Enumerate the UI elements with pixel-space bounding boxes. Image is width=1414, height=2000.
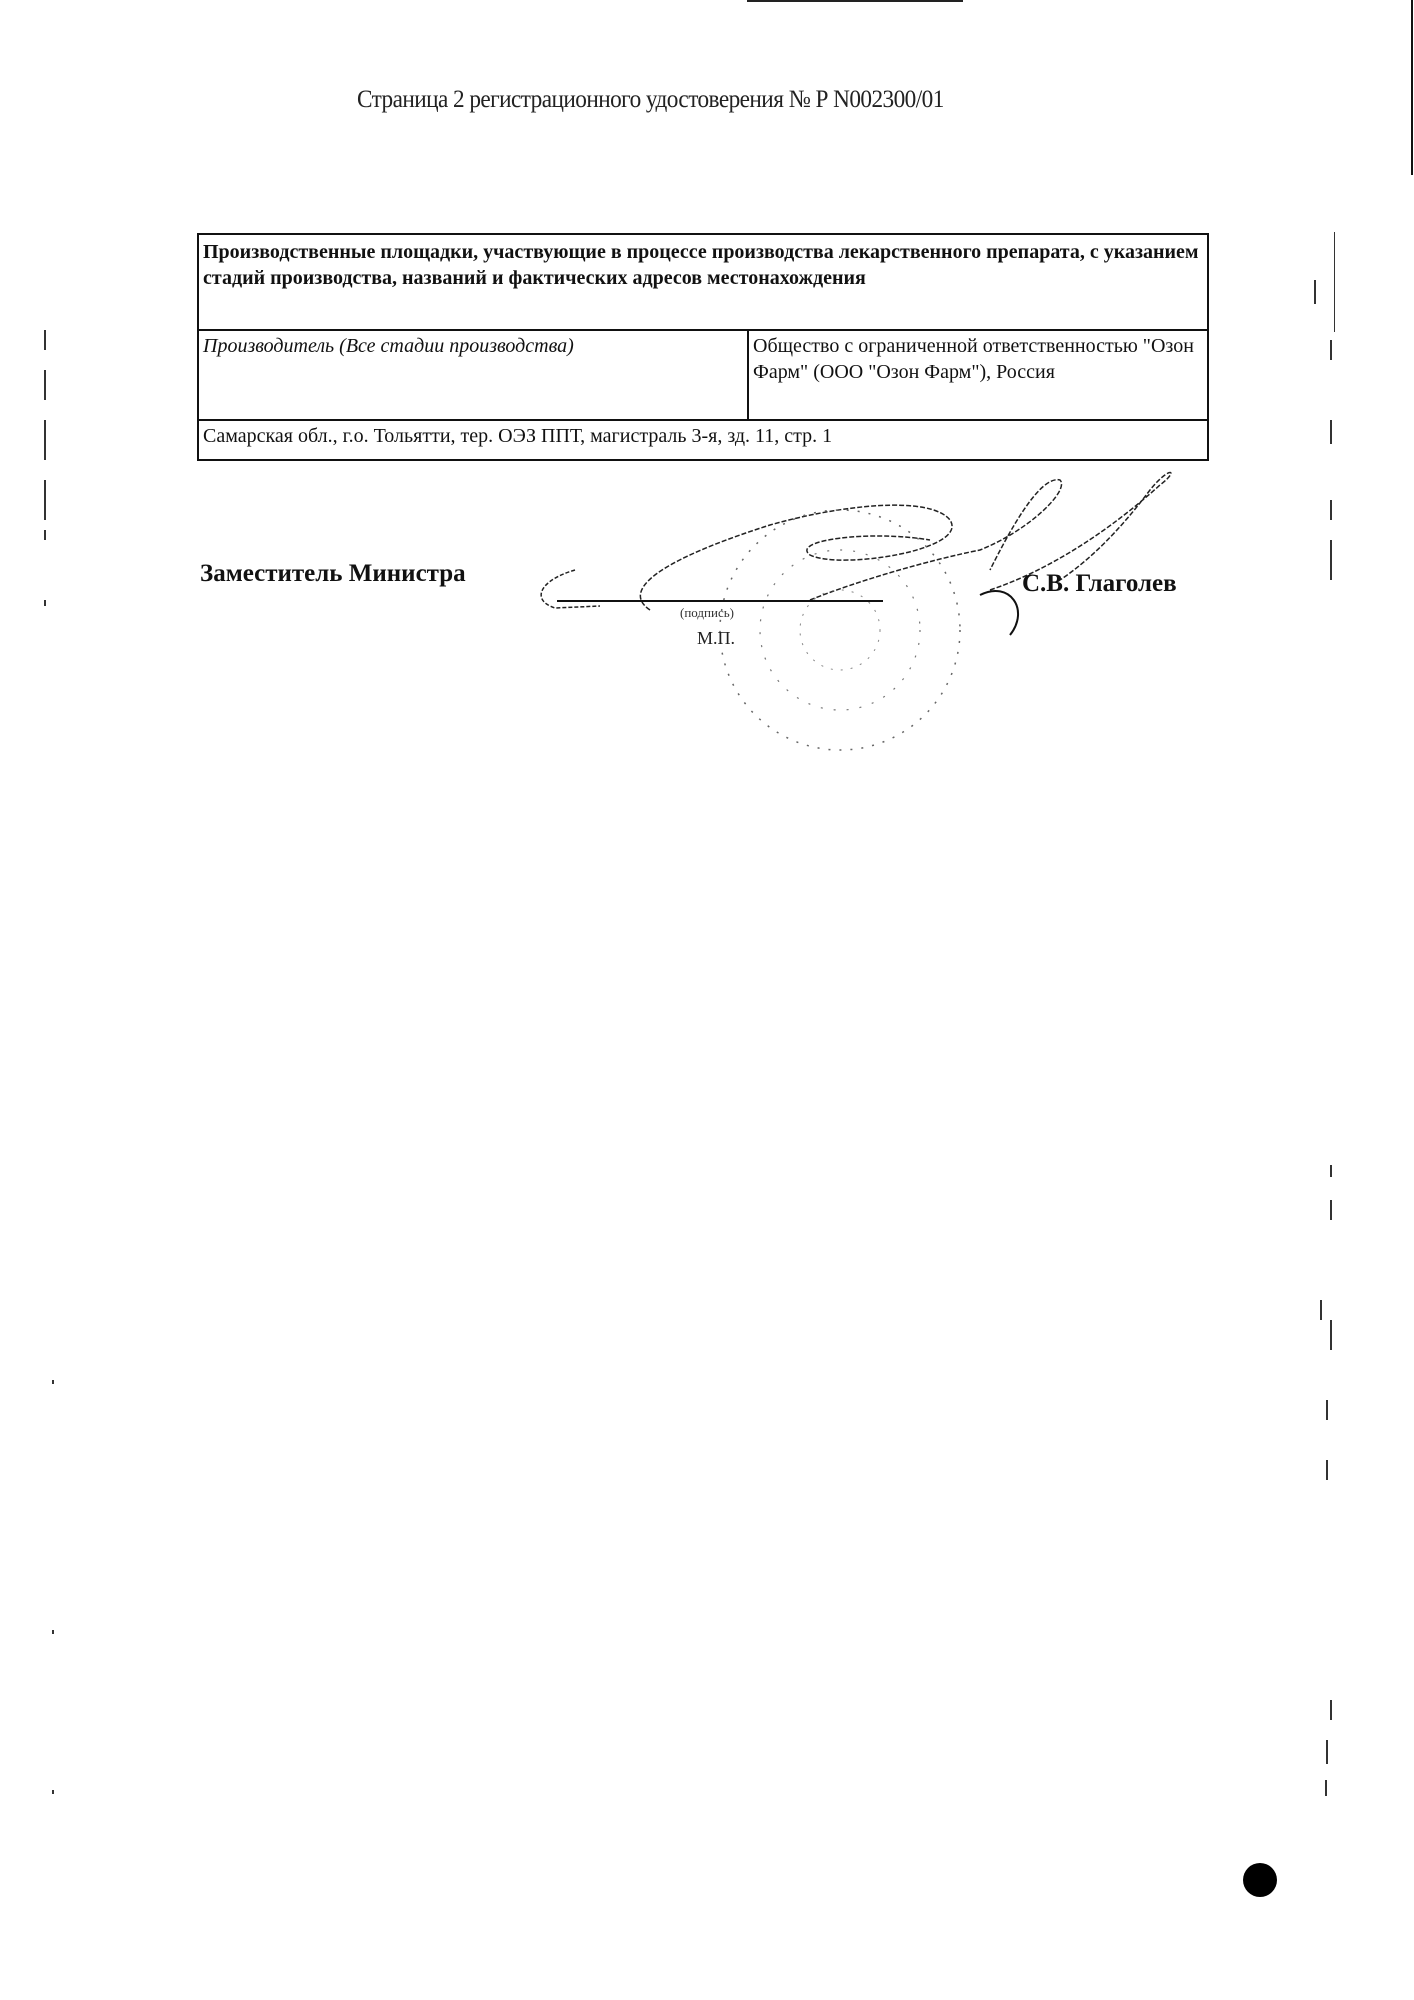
manufacturer-role-cell: Производитель (Все стадии производства) (198, 330, 748, 420)
organization-cell: Общество с ограниченной ответственностью… (748, 330, 1208, 420)
production-sites-table: Производственные площадки, участвующие в… (197, 233, 1209, 461)
stamp-place-label: М.П. (697, 628, 735, 649)
punch-hole-dot-icon (1243, 1863, 1277, 1897)
table-header: Производственные площадки, участвующие в… (198, 234, 1208, 330)
top-rule (747, 0, 963, 2)
scan-edge-line (1411, 0, 1413, 175)
signatory-name: С.В. Глаголев (1022, 570, 1177, 598)
page-title: Страница 2 регистрационного удостоверени… (357, 86, 1008, 114)
address-cell: Самарская обл., г.о. Тольятти, тер. ОЭЗ … (198, 420, 1208, 460)
table-row: Производитель (Все стадии производства) … (198, 330, 1208, 420)
signatory-position: Заместитель Министра (200, 560, 466, 588)
signature-line (557, 600, 883, 602)
signature-caption: (подпись) (680, 605, 734, 621)
